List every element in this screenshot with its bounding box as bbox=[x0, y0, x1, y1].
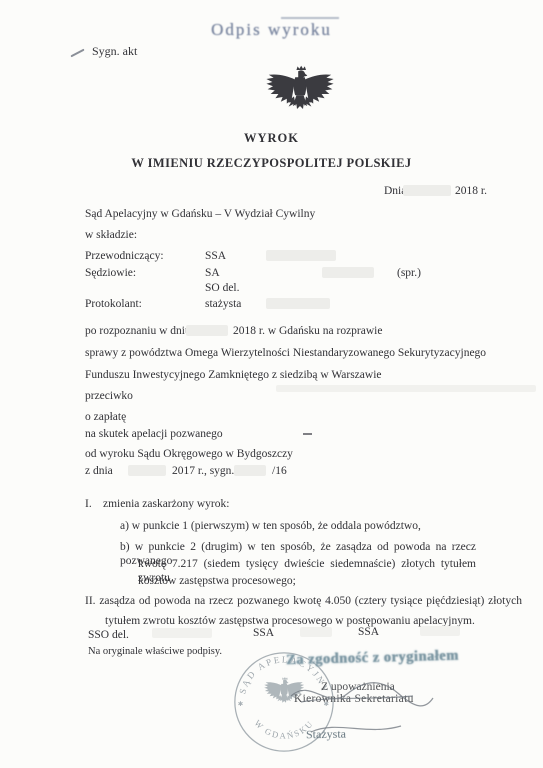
handwritten-signature bbox=[283, 666, 443, 746]
panel-value: SO del. bbox=[205, 281, 240, 295]
redaction-mark bbox=[300, 627, 332, 637]
ruling-item-1b-line: kosztów zastępstwa procesowego; bbox=[138, 574, 296, 588]
appeal-line: na skutek apelacji pozwanego bbox=[85, 427, 223, 441]
redaction-mark bbox=[266, 298, 330, 309]
panel-value: SSA bbox=[205, 249, 226, 263]
redaction-mark bbox=[234, 465, 266, 476]
court-judgment-page: Odpis wyroku Sygn. akt WYROK W IMIENIU R… bbox=[0, 0, 543, 768]
ruling-item-1-label: I. bbox=[85, 497, 92, 511]
against-label: przeciwko bbox=[85, 389, 133, 403]
plaintiff-line: Funduszu Inwestycyjnego Zamkniętego z si… bbox=[85, 368, 382, 382]
original-signatures-note: Na oryginale właściwe podpisy. bbox=[88, 645, 222, 659]
signature-title: SSO del. bbox=[88, 628, 129, 642]
claim-subject: o zapłatę bbox=[85, 410, 126, 424]
stamp-edge-line bbox=[281, 17, 339, 19]
redaction-mark bbox=[128, 465, 166, 476]
panel-role: Protokolant: bbox=[85, 297, 142, 311]
ruling-item-2-line: II. zasądza od powoda na rzecz pozwanego… bbox=[85, 594, 522, 608]
pen-mark-dash bbox=[303, 433, 312, 435]
redaction-mark bbox=[322, 267, 374, 278]
copy-stamp: Odpis wyroku bbox=[0, 20, 543, 40]
judgment-title: WYROK bbox=[0, 131, 543, 145]
ruling-item-1a: a) w punkcie 1 (pierwszym) w ten sposób,… bbox=[120, 519, 421, 533]
judgment-date-label: z dnia bbox=[85, 464, 113, 478]
redaction-mark bbox=[276, 385, 536, 392]
ruling-item-1-text: zmienia zaskarżony wyrok: bbox=[103, 497, 229, 511]
hearing-suffix: 2018 r. w Gdańsku na rozprawie bbox=[233, 324, 382, 338]
pen-check-mark bbox=[70, 49, 84, 58]
polish-eagle-emblem bbox=[263, 64, 337, 130]
signature-title: SSA bbox=[358, 625, 379, 639]
panel-role: Sędziowie: bbox=[85, 266, 136, 280]
panel-role: Przewodniczący: bbox=[85, 249, 164, 263]
redaction-mark bbox=[186, 325, 228, 336]
judgment-subtitle: W IMIENIU RZECZYPOSPOLITEJ POLSKIEJ bbox=[0, 156, 543, 170]
redaction-mark bbox=[420, 626, 460, 636]
judgment-case-suffix: /16 bbox=[272, 464, 287, 478]
hearing-prefix: po rozpoznaniu w dniu bbox=[85, 324, 191, 338]
seal-star: ✱ bbox=[238, 700, 244, 708]
date-year: 2018 r. bbox=[455, 184, 487, 198]
panel-value: SA bbox=[205, 266, 220, 280]
court-name: Sąd Apelacyjny w Gdańsku – V Wydział Cyw… bbox=[85, 207, 315, 221]
composition-label: w składzie: bbox=[85, 228, 137, 242]
redaction-mark bbox=[403, 185, 451, 196]
panel-value: stażysta bbox=[205, 297, 241, 311]
redaction-mark bbox=[152, 628, 212, 638]
plaintiff-line: sprawy z powództwa Omega Wierzytelności … bbox=[85, 346, 486, 360]
signature-title: SSA bbox=[253, 626, 274, 640]
appealed-judgment-line: od wyroku Sądu Okręgowego w Bydgoszczy bbox=[85, 447, 293, 461]
case-ref-label: Sygn. akt bbox=[92, 44, 137, 58]
panel-note: (spr.) bbox=[397, 266, 421, 280]
redaction-mark bbox=[266, 250, 336, 261]
